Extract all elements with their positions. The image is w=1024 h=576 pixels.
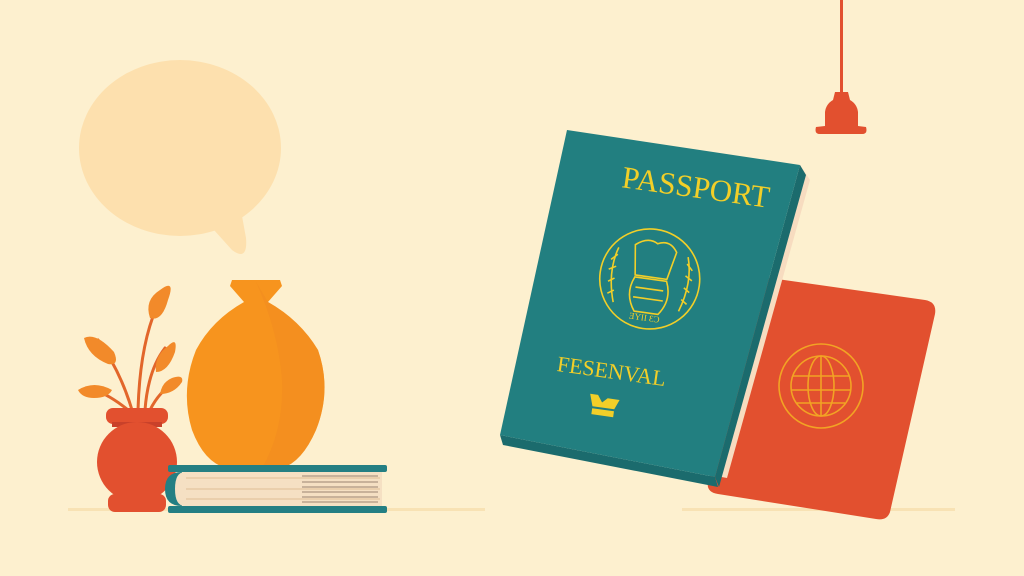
pendant-lamp-icon [816, 0, 867, 134]
globe-icon [779, 344, 863, 428]
speech-bubble-icon [79, 60, 281, 254]
book-icon [165, 465, 387, 513]
illustration-scene: PASSPORT ƎYII ƐƆ FESENVAL [0, 0, 1024, 576]
vase-icon [187, 280, 325, 468]
potted-plant-icon [78, 286, 182, 512]
